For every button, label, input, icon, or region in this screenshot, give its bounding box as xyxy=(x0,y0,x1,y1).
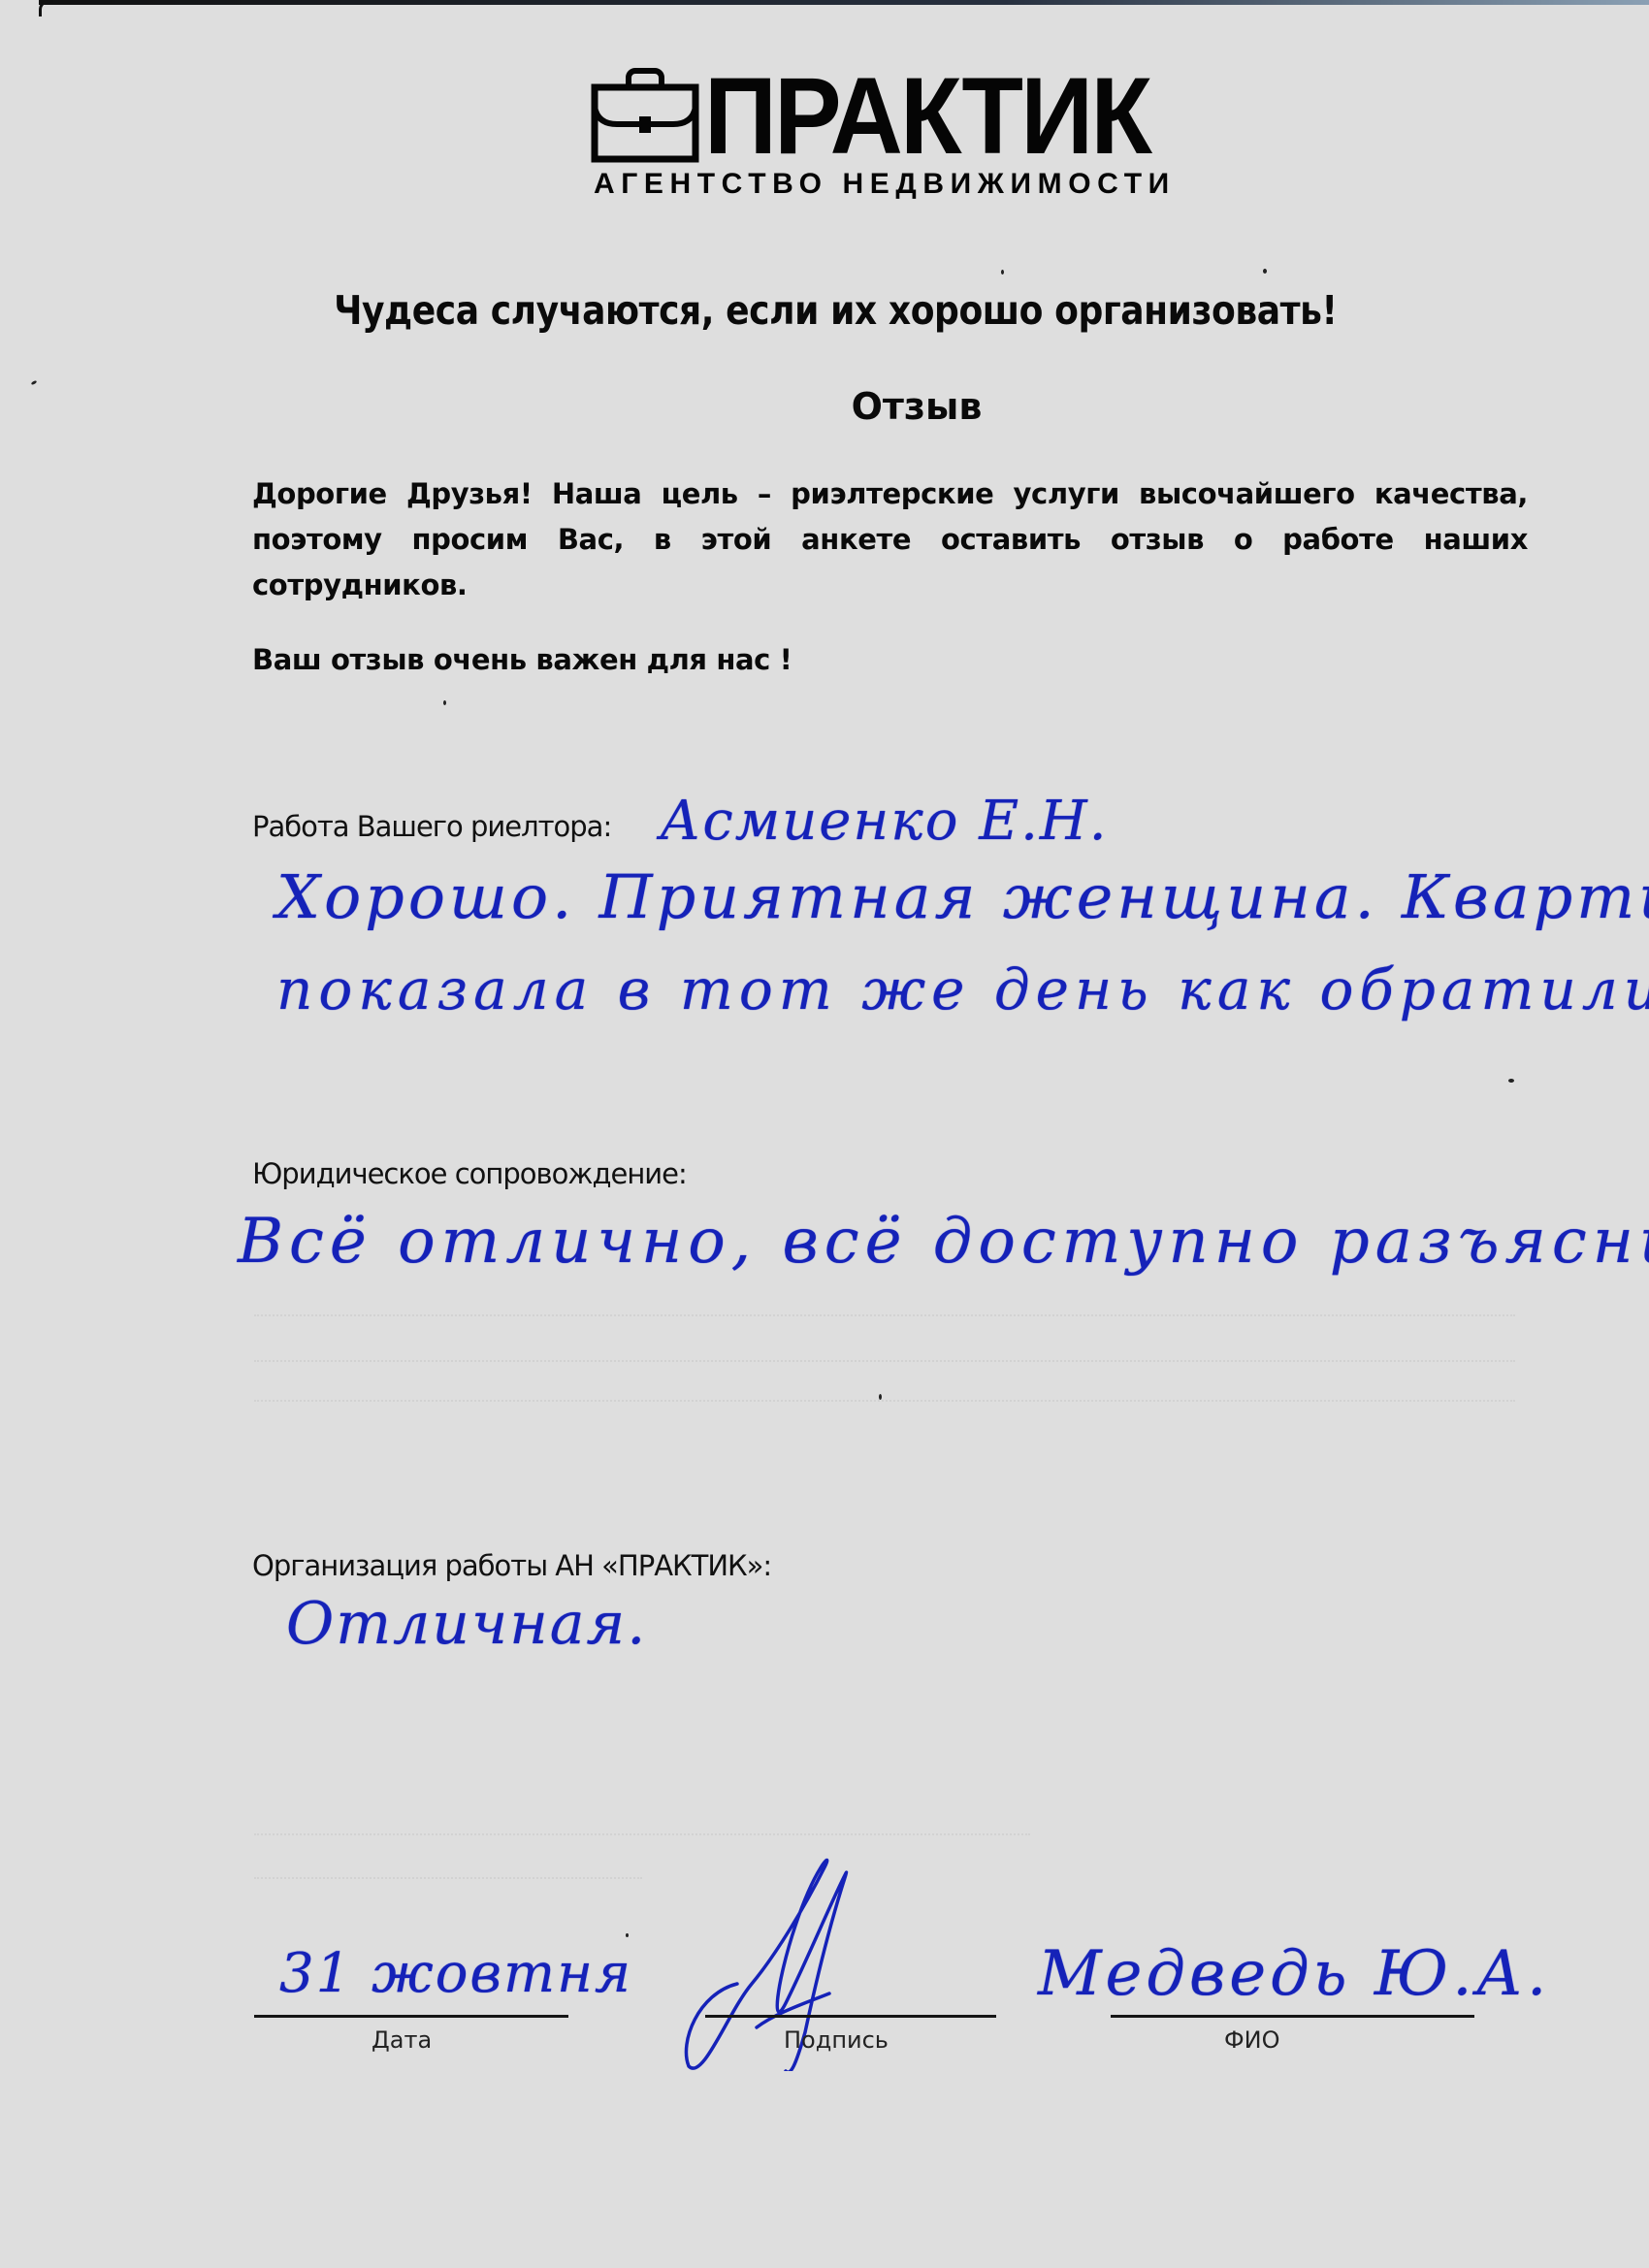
scan-speck xyxy=(626,1933,629,1937)
realtor-field-label: Работа Вашего риелтора: xyxy=(252,807,611,846)
scan-speck xyxy=(879,1394,882,1400)
legal-answer-line[interactable]: Всё отлично, всё доступно разъяснили. xyxy=(238,1198,1649,1285)
intro-note: Ваш отзыв очень важен для нас ! xyxy=(252,637,792,683)
scan-corner xyxy=(39,0,53,16)
fio-label: ФИО xyxy=(1224,2025,1280,2055)
logo-subtitle: АГЕНТСТВО НЕДВИЖИМОСТИ xyxy=(594,169,1176,200)
signature-label: Подпись xyxy=(784,2025,889,2055)
fio-handwritten[interactable]: Медведь Ю.А. xyxy=(1038,1930,1550,2018)
ruled-line xyxy=(254,1400,1515,1402)
logo-wordmark: ПРАКТИК xyxy=(704,68,1149,165)
scan-speck xyxy=(1263,269,1267,274)
realtor-answer-line-2[interactable]: показала в тот же день как обратились. xyxy=(276,946,1649,1033)
scan-top-edge xyxy=(39,0,1649,5)
fio-line xyxy=(1111,2015,1474,2018)
legal-field-label: Юридическое сопровождение: xyxy=(252,1154,687,1193)
ruled-line xyxy=(254,1877,642,1879)
scan-speck xyxy=(1508,1079,1514,1083)
scan-speck xyxy=(443,700,446,705)
date-line xyxy=(254,2015,568,2018)
slogan: Чудеса случаются, если их хорошо организ… xyxy=(110,283,1561,338)
company-logo: ПРАКТИК АГЕНТСТВО НЕДВИЖИМОСТИ xyxy=(590,66,1191,202)
signature-line xyxy=(705,2015,996,2018)
intro-paragraph: Дорогие Друзья! Наша цель – риэлтерские … xyxy=(252,471,1528,608)
date-label: Дата xyxy=(372,2025,432,2055)
organization-field-label: Организация работы АН «ПРАКТИК»: xyxy=(252,1546,771,1585)
scan-speck xyxy=(1001,270,1004,275)
ruled-line xyxy=(254,1360,1515,1362)
realtor-answer-line-1[interactable]: Хорошо. Приятная женщина. Квартиру xyxy=(276,854,1649,941)
ruled-line xyxy=(254,1314,1515,1316)
ruled-line xyxy=(254,1833,1030,1835)
realtor-name-handwritten[interactable]: Асмиенко Е.Н. xyxy=(660,788,1109,856)
date-handwritten[interactable]: 31 жовтня xyxy=(279,1935,632,2013)
organization-answer-line[interactable]: Отличная. xyxy=(286,1583,647,1665)
briefcase-icon xyxy=(590,66,702,163)
page-title: Отзыв xyxy=(0,382,1649,431)
